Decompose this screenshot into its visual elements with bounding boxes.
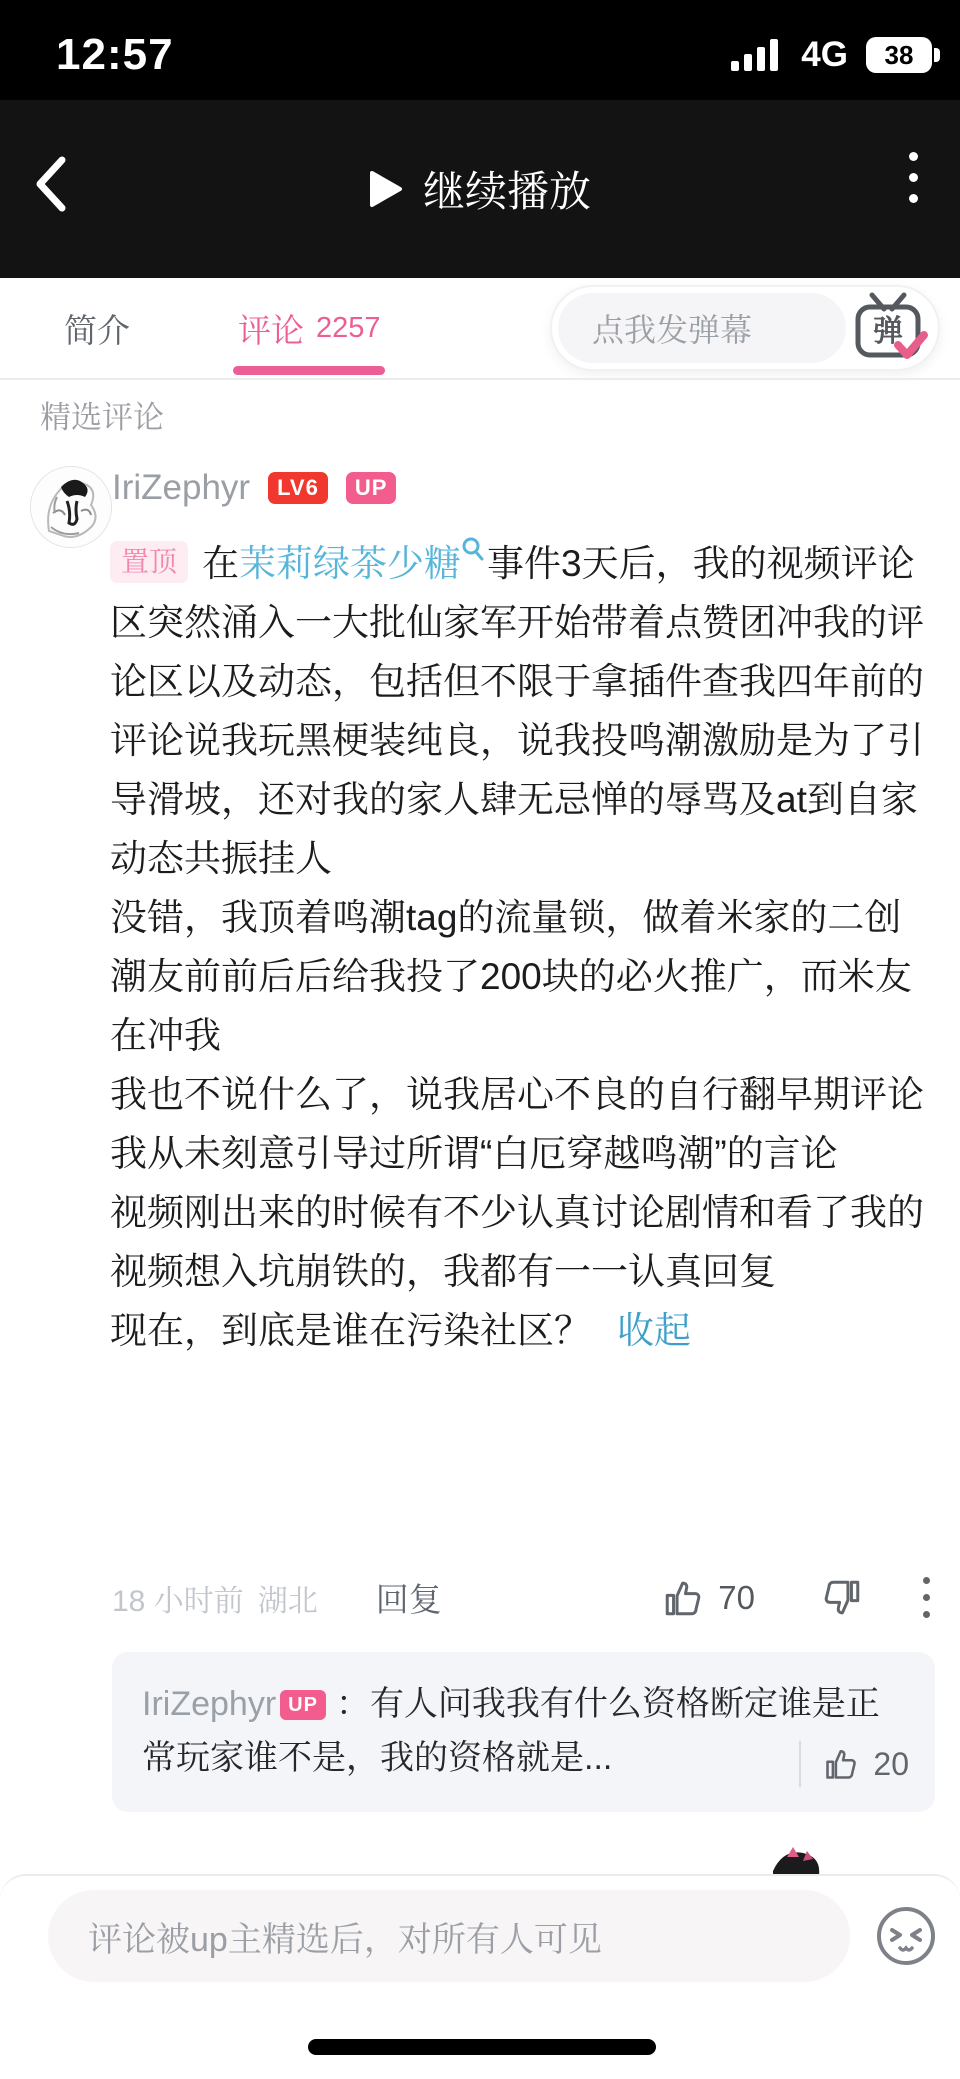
home-indicator[interactable] — [308, 2039, 656, 2055]
comment-time: 18 小时前 — [112, 1576, 244, 1620]
featured-comments-label: 精选评论 — [0, 378, 960, 437]
thumb-up-icon[interactable] — [662, 1577, 704, 1619]
avatar — [763, 1841, 829, 1874]
comment-input[interactable]: 评论被up主精选后，对所有人可见 — [48, 1890, 850, 1982]
pinned-badge: 置顶 — [110, 541, 188, 583]
comment-paragraph: 现在，到底是谁在污染社区？收起 — [110, 1301, 936, 1360]
comment-paragraph: 没错，我顶着鸣潮tag的流量锁，做着米家的二创 — [110, 888, 936, 947]
player-header: 继续播放 — [0, 100, 960, 278]
emoji-icon — [874, 1904, 938, 1968]
comments-count: 2257 — [316, 312, 381, 345]
comment-location: 湖北 — [258, 1576, 318, 1620]
battery-icon: 38 — [866, 37, 932, 73]
reply-like-group[interactable]: 20 — [799, 1741, 909, 1787]
more-options-button[interactable] — [909, 152, 918, 203]
comment-body: 置顶在茉莉绿茶少糖事件3天后，我的视频评论区突然涌入一大批仙家军开始带着点赞团冲… — [110, 534, 936, 1360]
uploader-badge: UP — [346, 472, 397, 504]
danmaku-send-pill[interactable]: 点我发弹幕 弹 — [550, 285, 940, 371]
thumb-down-icon[interactable] — [821, 1577, 863, 1619]
player-title: 继续播放 — [423, 159, 591, 219]
next-comment-avatar-peek — [763, 1841, 829, 1874]
comment-footer: 18 小时前 湖北 回复 70 — [112, 1574, 934, 1621]
status-bar: 12:57 4G 38 — [0, 0, 960, 100]
play-icon — [369, 169, 403, 209]
reply-separator: ： — [336, 1685, 370, 1723]
danmaku-input[interactable]: 点我发弹幕 — [558, 293, 846, 363]
thumb-up-icon — [823, 1746, 859, 1782]
tab-intro[interactable]: 简介 — [64, 278, 130, 378]
comment-paragraph: 我从未刻意引导过所谓“白厄穿越鸣潮”的言论 — [110, 1124, 936, 1183]
comment-paragraph: 潮友前前后后给我投了200块的必火推广，而米友在冲我 — [110, 947, 936, 1065]
comment-more-icon[interactable] — [923, 1577, 934, 1618]
clock: 12:57 — [56, 30, 174, 80]
comment-paragraph: 我也不说什么了，说我居心不良的自行翻早期评论 — [110, 1065, 936, 1124]
reply-preview[interactable]: IriZephyrUP：有人问我我有什么资格断定谁是正常玩家谁不是，我的资格就是… — [112, 1652, 935, 1812]
like-count: 70 — [718, 1579, 755, 1617]
emoji-button[interactable] — [874, 1904, 938, 1968]
comment-input-placeholder: 评论被up主精选后，对所有人可见 — [88, 1912, 602, 1961]
reply-up-badge: UP — [280, 1690, 326, 1720]
danmaku-tv-icon: 弹 — [850, 291, 928, 365]
collapse-link[interactable]: 收起 — [617, 1310, 691, 1351]
avatar[interactable] — [30, 466, 112, 548]
comment-header: IriZephyr LV6 UP — [112, 468, 396, 508]
reply-like-count: 20 — [873, 1737, 909, 1791]
battery-percent: 38 — [885, 40, 914, 71]
danmaku-toggle-icon[interactable]: 弹 — [846, 291, 932, 365]
search-icon — [461, 536, 485, 562]
comment-username[interactable]: IriZephyr — [112, 468, 250, 508]
tab-comments[interactable]: 评论 2257 — [238, 278, 381, 378]
reply-username[interactable]: IriZephyr — [142, 1685, 276, 1723]
signal-icon — [731, 37, 783, 73]
network-type: 4G — [801, 35, 848, 75]
avatar-sketch-image — [31, 467, 111, 547]
level-badge: LV6 — [268, 472, 328, 504]
tab-bar: 简介 评论 2257 点我发弹幕 弹 — [0, 278, 960, 378]
keyword-search-link[interactable]: 茉莉绿茶少糖 — [239, 543, 487, 584]
active-tab-underline — [233, 366, 385, 375]
continue-play-button[interactable]: 继续播放 — [0, 100, 960, 278]
comment-paragraph: 置顶在茉莉绿茶少糖事件3天后，我的视频评论区突然涌入一大批仙家军开始带着点赞团冲… — [110, 534, 936, 888]
comment-paragraph: 视频刚出来的时候有不少认真讨论剧情和看了我的视频想入坑崩铁的，我都有一一认真回复 — [110, 1183, 936, 1301]
reply-button[interactable]: 回复 — [376, 1574, 442, 1621]
